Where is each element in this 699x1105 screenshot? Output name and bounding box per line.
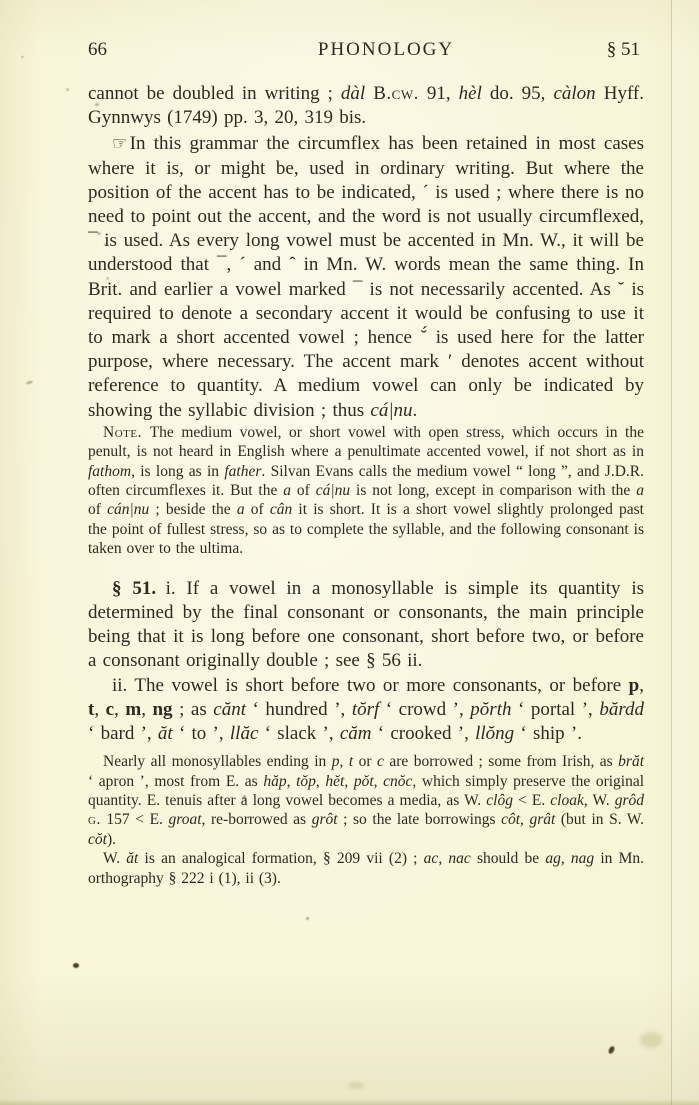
text-run: ,	[374, 773, 384, 790]
section-51-i-paragraph: § 51. i. If a vowel in a monosyllable is…	[88, 577, 644, 674]
page-bottom-shadow	[0, 1099, 699, 1105]
smalltext-borrowings-paragraph: Nearly all monosyllables ending in p, t …	[88, 752, 644, 849]
text-run: g.	[88, 811, 101, 828]
text-run: cá|nu	[370, 400, 412, 421]
text-run: is an analogical formation, § 209 vii (2…	[138, 850, 423, 867]
text-run: ,	[438, 850, 448, 867]
text-run: ‘ crowd ’,	[379, 699, 470, 720]
text-run: ăt	[158, 723, 173, 744]
running-title: PHONOLOGY	[318, 38, 454, 62]
text-run: ; as	[173, 699, 214, 720]
text-run: pŏt	[354, 773, 374, 790]
text-run: llŏng	[475, 723, 514, 744]
text-run: tŏp	[296, 773, 316, 790]
text-run: § 51.	[112, 578, 156, 599]
text-run: are borrowed ; some from Irish, as	[384, 753, 618, 770]
text-run: 157 < E.	[101, 811, 169, 828]
text-run	[365, 83, 373, 104]
text-run: pŏrth	[470, 699, 511, 720]
text-run: ,	[344, 773, 354, 790]
text-run: ,	[339, 753, 348, 770]
text-run: côt	[501, 811, 520, 828]
manicule-icon: ☞	[112, 134, 128, 154]
text-run: grôt	[312, 811, 338, 828]
note-paragraph: Note. The medium vowel, or short vowel w…	[88, 423, 644, 559]
smalltext-analogical-paragraph: W. ăt is an analogical formation, § 209 …	[88, 849, 644, 888]
text-run: , re-borrowed as	[202, 811, 312, 828]
text-run: .	[413, 400, 418, 421]
text-run: ,	[639, 675, 644, 696]
section-51-ii-paragraph: ii. The vowel is short before two or mor…	[88, 674, 644, 747]
text-run: cân	[270, 501, 292, 518]
text-run: cănt	[213, 699, 246, 720]
text-run: fathom	[88, 463, 131, 480]
text-run: or	[353, 753, 377, 770]
header-section-ref: § 51	[607, 38, 640, 62]
text-run: The medium vowel, or short vowel with op…	[88, 424, 644, 460]
text-run: ‘ bard ’,	[88, 723, 158, 744]
text-run: a	[636, 482, 644, 499]
text-run: cán|nu	[107, 501, 149, 518]
text-run: 91,	[419, 83, 459, 104]
text-run: cnŏc	[383, 773, 412, 790]
text-run: ).	[107, 831, 116, 848]
paragraph-circumflex-remark: ☞In this grammar the circumflex has been…	[88, 132, 644, 422]
text-run: should be	[471, 850, 546, 867]
text-run: ,	[94, 699, 105, 720]
text-run: p	[629, 675, 640, 696]
text-run: groat	[169, 811, 202, 828]
text-run: Nearly all monosyllables ending in	[103, 753, 332, 770]
text-run: ,	[287, 773, 297, 790]
text-run: , is long as in	[131, 463, 224, 480]
text-run: , W.	[584, 792, 615, 809]
stain-speck	[607, 1045, 615, 1054]
text-run: do. 95,	[482, 83, 554, 104]
text-run: ,	[114, 699, 125, 720]
text-run: Note.	[103, 424, 142, 441]
text-run: clôg	[486, 792, 513, 809]
text-run: is not long, except in comparison with t…	[350, 482, 636, 499]
text-block: 66 PHONOLOGY § 51 cannot be doubled in w…	[88, 38, 644, 888]
text-run: ,	[316, 773, 326, 790]
text-run: hĕt	[325, 773, 344, 790]
text-run: ‘ crooked ’,	[372, 723, 476, 744]
text-run: c	[377, 753, 384, 770]
stain-speck	[66, 88, 69, 91]
page-header: 66 PHONOLOGY § 51	[88, 38, 644, 62]
text-run: < E.	[513, 792, 550, 809]
text-run: ‘ apron ’, most from E. as	[88, 773, 263, 790]
stain-smudge	[348, 1082, 364, 1089]
text-run: W.	[103, 850, 126, 867]
text-run: cŏt	[88, 831, 107, 848]
text-run: ; beside the	[149, 501, 237, 518]
text-run: ‘ hundred ’,	[246, 699, 352, 720]
text-run: dàl	[341, 83, 365, 104]
text-run: ,	[141, 699, 152, 720]
text-run: a	[237, 501, 245, 518]
text-run: c	[106, 699, 114, 720]
text-run: m	[125, 699, 141, 720]
text-run: of	[88, 501, 107, 518]
stain-speck	[21, 56, 24, 58]
page-edge-highlight	[672, 0, 699, 1105]
text-run: ac	[424, 850, 439, 867]
text-run: ‘ slack ’,	[258, 723, 339, 744]
text-run: hèl	[459, 83, 482, 104]
text-run: cannot be doubled in writing ;	[88, 83, 341, 104]
page-number: 66	[88, 38, 107, 62]
text-run: of	[291, 482, 316, 499]
text-run: ii. The vowel is short before two or mor…	[112, 675, 629, 696]
text-run: bărdd	[599, 699, 644, 720]
text-run: ag	[545, 850, 561, 867]
text-run: càlon	[553, 83, 595, 104]
text-run: of	[245, 501, 270, 518]
stain-speck	[73, 963, 79, 968]
text-run: In this grammar the circumflex has been …	[88, 133, 644, 420]
paragraph-continuation: cannot be doubled in writing ; dàl B.cw.…	[88, 82, 644, 130]
text-run: ăt	[126, 850, 138, 867]
text-run: a	[283, 482, 291, 499]
book-page-scan: 66 PHONOLOGY § 51 cannot be doubled in w…	[0, 0, 699, 1105]
text-run: (but in S. W.	[555, 811, 644, 828]
text-run: ,	[561, 850, 571, 867]
text-run: father	[224, 463, 261, 480]
text-run: ‘ ship ’.	[514, 723, 582, 744]
text-run: ‘ to ’,	[173, 723, 230, 744]
stain-speck	[26, 380, 34, 385]
stain-speck	[306, 917, 309, 920]
text-run: ‘ portal ’,	[511, 699, 599, 720]
text-run: hăp	[263, 773, 286, 790]
text-run: cá|nu	[316, 482, 350, 499]
text-run: ; so the late borrowings	[338, 811, 502, 828]
text-run: grât	[529, 811, 555, 828]
text-run: i. If a vowel in a monosyllable is simpl…	[88, 578, 644, 672]
text-run: cloak	[550, 792, 584, 809]
text-run: brăt	[618, 753, 644, 770]
text-run: nac	[448, 850, 470, 867]
text-run: ng	[152, 699, 172, 720]
text-run: grôd	[615, 792, 644, 809]
text-run: B.cw.	[373, 83, 419, 104]
text-run: nag	[571, 850, 594, 867]
text-run: căm	[340, 723, 372, 744]
text-run: llăc	[230, 723, 259, 744]
text-run: tŏrf	[352, 699, 379, 720]
page-edge-seam	[671, 0, 672, 1105]
stain-smudge	[640, 1032, 662, 1048]
